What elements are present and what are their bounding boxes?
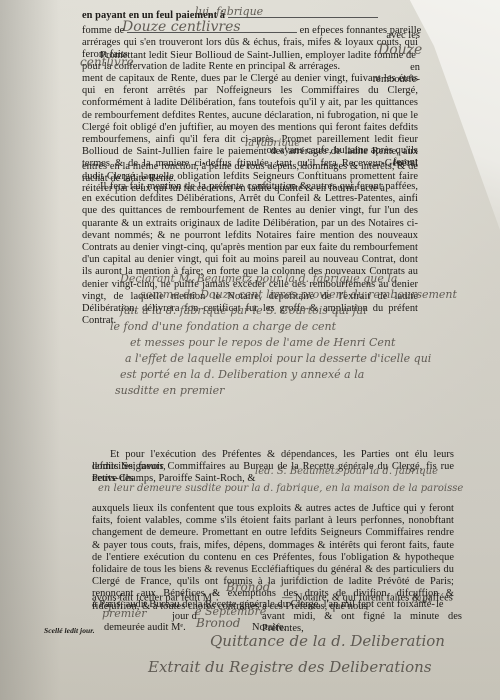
handwritten-domicile: led. S. Beaumetz pour la d. fabrique <box>255 466 438 477</box>
sum-prefix: fomme de <box>82 25 124 36</box>
handwritten-year: huit <box>412 594 432 605</box>
handwritten-annotation: Declarant M. Beaumetz pour la d. fabriqu… <box>100 270 500 410</box>
scelle-label: Scellé ledit jour. <box>44 625 95 637</box>
handwritten-demeure: en leur demeure susdite pour la d. fabri… <box>98 483 463 494</box>
date-le: le <box>436 599 444 611</box>
footer-hand-line2: Extrait du Registre des Deliberations <box>148 658 432 676</box>
promettant-text: Promettant ledit Sieur Bollioud de Saint… <box>100 50 416 61</box>
handwritten-day: premier <box>102 607 147 620</box>
handwritten-centlivre: centlivre <box>80 55 134 69</box>
footer-hand-line1: Quittance de la d. Deliberation <box>210 632 445 650</box>
annotation-line: somme de Douze cent livres provient du r… <box>140 288 457 301</box>
annotation-line: susditte en premier <box>115 384 224 397</box>
handwritten-payee: lui, fabrique <box>195 5 263 18</box>
handwritten-douze: Douze <box>378 42 422 58</box>
annotation-line: le fond d'une fondation a charge de cent <box>110 320 336 333</box>
annotation-line: est porté en la d. Deliberation y annexé… <box>120 368 364 381</box>
annotation-line: et messes pour le repos de l'ame de Henr… <box>130 336 395 349</box>
document-page: en payant en un feul paiement à lui, fab… <box>0 0 500 700</box>
demeuree-label: demeurée audit Mᵉ. <box>104 622 186 634</box>
handwritten-sum: Douze centlivres <box>122 19 241 35</box>
handwritten-notary-seal: Bronod <box>226 580 270 594</box>
handwritten-notary: Bronod <box>196 616 240 630</box>
annotation-line: Declarant M. Beaumetz pour la d. fabriqu… <box>120 272 397 285</box>
annotation-line: fait a la d. fabrique par le S. Courtois… <box>120 304 367 317</box>
annotation-line: a l'effet de laquelle emploi pour la des… <box>125 352 431 365</box>
